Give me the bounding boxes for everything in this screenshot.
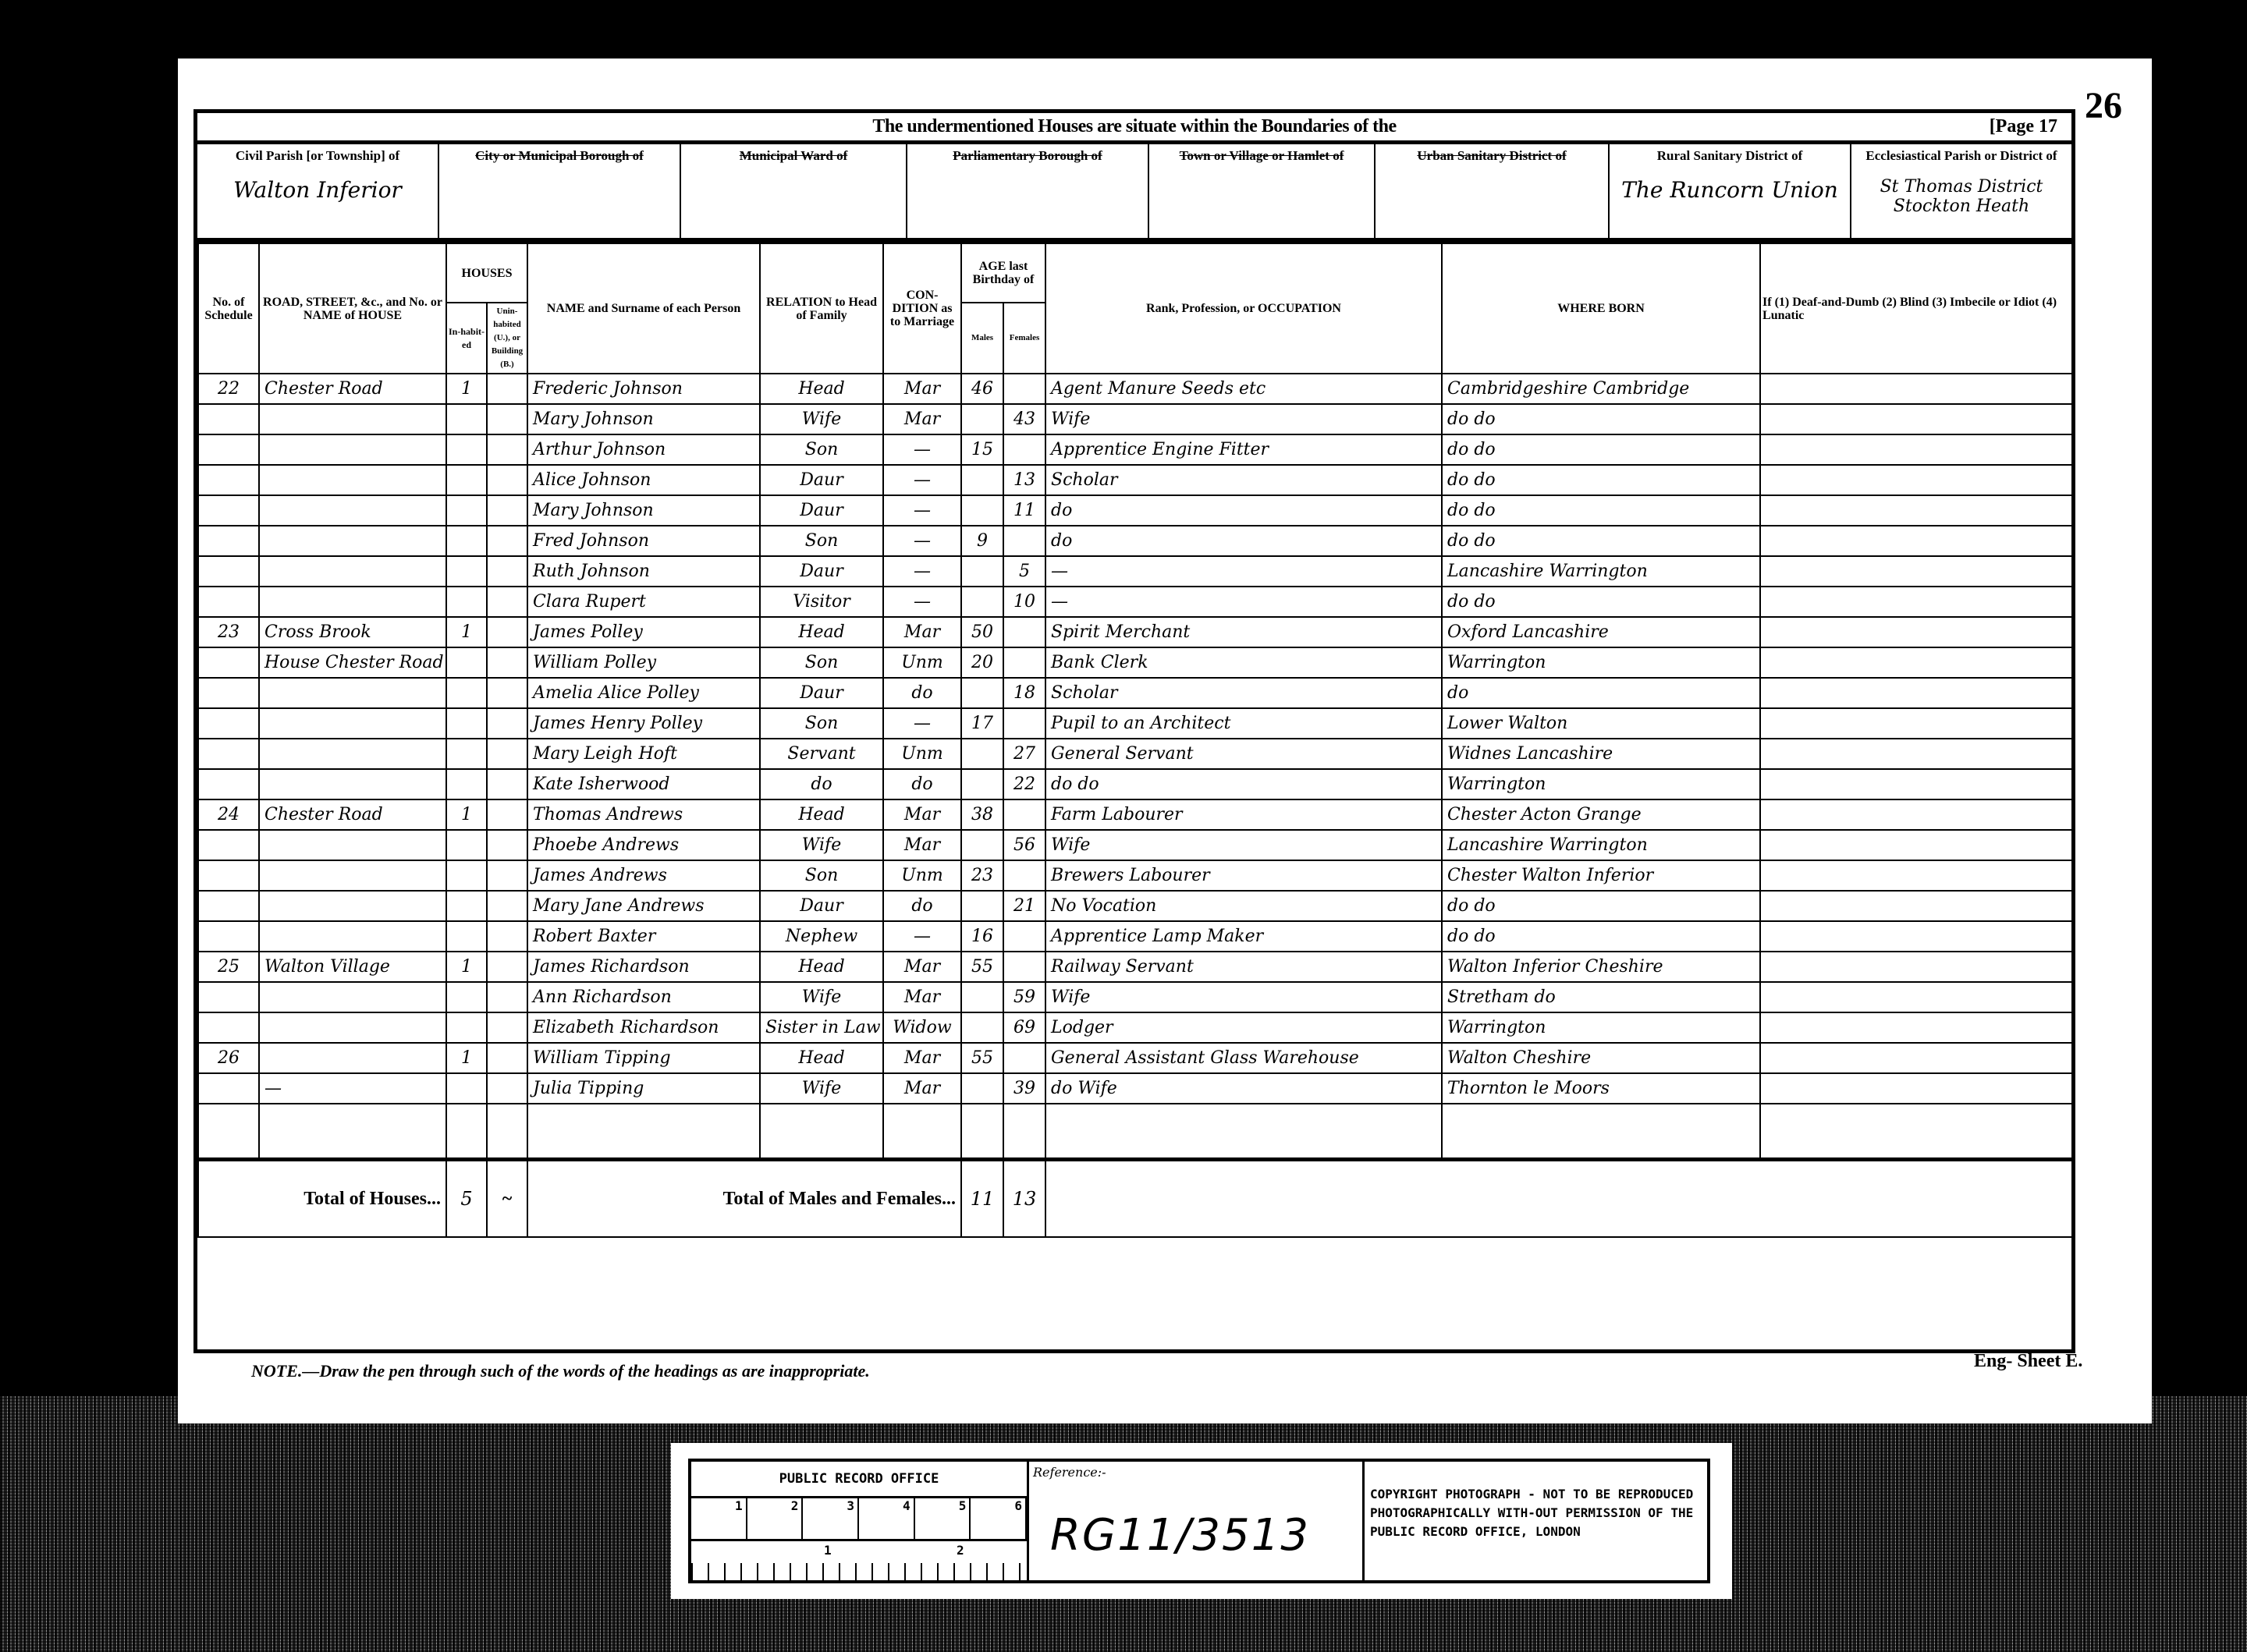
inhabited-cell: 1 (446, 374, 487, 404)
where-born-cell: do do (1442, 526, 1760, 556)
schedule-cell (198, 921, 259, 952)
where-born-cell: Chester Walton Inferior (1442, 860, 1760, 891)
inhabited-cell: 1 (446, 1043, 487, 1073)
infirmity-cell (1760, 1043, 2074, 1073)
table-row: Kate Isherwooddodo22do doWarrington (198, 769, 2074, 799)
inhabited-cell (446, 739, 487, 769)
relation-cell: Nephew (760, 921, 883, 952)
inhabited-cell (446, 434, 487, 465)
table-row: 23Cross Brook1James PolleyHeadMar50Spiri… (198, 617, 2074, 647)
condition-cell: — (883, 434, 961, 465)
relation-cell: Head (760, 1043, 883, 1073)
male-age-cell: 16 (961, 921, 1003, 952)
female-age-cell (1003, 526, 1045, 556)
infirmity-cell (1760, 556, 2074, 587)
name-cell: James Richardson (527, 952, 760, 982)
uninhabited-cell (487, 465, 527, 495)
uninhabited-cell (487, 374, 527, 404)
male-age-cell (961, 982, 1003, 1012)
boundary-value: St Thomas District Stockton Heath (1851, 177, 2071, 216)
relation-cell: Wife (760, 404, 883, 434)
relation-cell: Daur (760, 465, 883, 495)
condition-cell: do (883, 769, 961, 799)
road-cell (259, 860, 446, 891)
occupation-cell: Wife (1045, 982, 1442, 1012)
name-cell: Clara Rupert (527, 587, 760, 617)
blank-row (198, 1104, 2074, 1160)
condition-cell: — (883, 465, 961, 495)
ruler-bottom: 1 2 (691, 1541, 1027, 1582)
where-born-cell: do do (1442, 891, 1760, 921)
occupation-cell: — (1045, 556, 1442, 587)
infirmity-cell (1760, 891, 2074, 921)
female-age-cell: 10 (1003, 587, 1045, 617)
female-age-cell: 69 (1003, 1012, 1045, 1043)
condition-cell: Mar (883, 1073, 961, 1104)
infirmity-cell (1760, 708, 2074, 739)
relation-cell: Head (760, 952, 883, 982)
inhabited-cell (446, 678, 487, 708)
occupation-cell: Wife (1045, 830, 1442, 860)
where-born-cell: Walton Inferior Cheshire (1442, 952, 1760, 982)
table-row: House Chester RoadWilliam PolleySonUnm20… (198, 647, 2074, 678)
where-born-cell: do do (1442, 465, 1760, 495)
condition-cell: Mar (883, 830, 961, 860)
inhabited-cell (446, 526, 487, 556)
occupation-cell: do Wife (1045, 1073, 1442, 1104)
uninhabited-cell (487, 708, 527, 739)
male-age-cell: 9 (961, 526, 1003, 556)
col-houses: HOUSES (446, 243, 527, 303)
occupation-cell: Brewers Labourer (1045, 860, 1442, 891)
condition-cell: Unm (883, 860, 961, 891)
road-cell (259, 587, 446, 617)
uninhabited-cell (487, 587, 527, 617)
female-age-cell (1003, 617, 1045, 647)
table-row: Mary Jane AndrewsDaurdo21No Vocationdo d… (198, 891, 2074, 921)
schedule-cell (198, 860, 259, 891)
male-age-cell: 23 (961, 860, 1003, 891)
female-age-cell (1003, 374, 1045, 404)
name-cell: Fred Johnson (527, 526, 760, 556)
male-age-cell: 15 (961, 434, 1003, 465)
name-cell: Thomas Andrews (527, 799, 760, 830)
where-born-cell: Cambridgeshire Cambridge (1442, 374, 1760, 404)
road-cell: Chester Road (259, 799, 446, 830)
name-cell: Kate Isherwood (527, 769, 760, 799)
female-age-cell (1003, 799, 1045, 830)
condition-cell: — (883, 526, 961, 556)
occupation-cell: do do (1045, 769, 1442, 799)
total-females: 13 (1003, 1160, 1045, 1238)
name-cell: Robert Baxter (527, 921, 760, 952)
occupation-cell: do (1045, 526, 1442, 556)
male-age-cell: 38 (961, 799, 1003, 830)
road-cell (259, 526, 446, 556)
female-age-cell: 59 (1003, 982, 1045, 1012)
infirmity-cell (1760, 647, 2074, 678)
census-table: No. of Schedule ROAD, STREET, &c., and N… (197, 243, 2075, 1238)
inhabited-cell (446, 556, 487, 587)
header-row: No. of Schedule ROAD, STREET, &c., and N… (198, 243, 2074, 303)
uninhabited-cell (487, 617, 527, 647)
uninhabited-cell (487, 404, 527, 434)
female-age-cell: 56 (1003, 830, 1045, 860)
uninhabited-cell (487, 647, 527, 678)
col-females: Females (1003, 303, 1045, 374)
table-row: Fred JohnsonSon—9dodo do (198, 526, 2074, 556)
occupation-cell: Lodger (1045, 1012, 1442, 1043)
inhabited-cell (446, 708, 487, 739)
name-cell: Amelia Alice Polley (527, 678, 760, 708)
road-cell (259, 678, 446, 708)
condition-cell: — (883, 587, 961, 617)
occupation-cell: do (1045, 495, 1442, 526)
occupation-cell: Agent Manure Seeds etc (1045, 374, 1442, 404)
schedule-cell (198, 404, 259, 434)
road-cell (259, 434, 446, 465)
relation-cell: Sister in Law (760, 1012, 883, 1043)
male-age-cell (961, 495, 1003, 526)
relation-cell: do (760, 769, 883, 799)
relation-cell: Head (760, 374, 883, 404)
boundary-value: The Runcorn Union (1610, 177, 1850, 203)
table-row: Arthur JohnsonSon—15Apprentice Engine Fi… (198, 434, 2074, 465)
male-age-cell (961, 1073, 1003, 1104)
occupation-cell: Pupil to an Architect (1045, 708, 1442, 739)
occupation-cell: Wife (1045, 404, 1442, 434)
inhabited-cell (446, 769, 487, 799)
name-cell: Ruth Johnson (527, 556, 760, 587)
relation-cell: Head (760, 617, 883, 647)
reference-box: Reference:- RG11/3513 (1027, 1462, 1365, 1580)
schedule-cell: 24 (198, 799, 259, 830)
table-row: 25Walton Village1James RichardsonHeadMar… (198, 952, 2074, 982)
relation-cell: Wife (760, 982, 883, 1012)
infirmity-cell (1760, 860, 2074, 891)
total-males: 11 (961, 1160, 1003, 1238)
where-born-cell: do do (1442, 921, 1760, 952)
table-row: 261William TippingHeadMar55General Assis… (198, 1043, 2074, 1073)
relation-cell: Head (760, 799, 883, 830)
road-cell (259, 708, 446, 739)
road-cell (259, 404, 446, 434)
schedule-cell (198, 830, 259, 860)
boundary-parliamentary-borough: Parliamentary Borough of (907, 144, 1149, 238)
condition-cell: — (883, 708, 961, 739)
infirmity-cell (1760, 952, 2074, 982)
col-relation: RELATION to Head of Family (760, 243, 883, 374)
infirmity-cell (1760, 465, 2074, 495)
condition-cell: Mar (883, 374, 961, 404)
uninhabited-cell (487, 921, 527, 952)
schedule-cell (198, 891, 259, 921)
table-row: James Henry PolleySon—17Pupil to an Arch… (198, 708, 2074, 739)
where-born-cell: Warrington (1442, 647, 1760, 678)
inhabited-cell (446, 587, 487, 617)
inhabited-cell: 1 (446, 617, 487, 647)
relation-cell: Daur (760, 678, 883, 708)
schedule-cell (198, 526, 259, 556)
road-cell (259, 495, 446, 526)
occupation-cell: Railway Servant (1045, 952, 1442, 982)
condition-cell: — (883, 495, 961, 526)
occupation-cell: Apprentice Lamp Maker (1045, 921, 1442, 952)
schedule-cell: 22 (198, 374, 259, 404)
female-age-cell: 21 (1003, 891, 1045, 921)
male-age-cell (961, 739, 1003, 769)
road-cell (259, 982, 446, 1012)
reference-number: RG11/3513 (1050, 1510, 1310, 1561)
inhabited-cell: 1 (446, 952, 487, 982)
infirmity-cell (1760, 587, 2074, 617)
record-office-ruler: PUBLIC RECORD OFFICE 1 2 3 4 5 6 1 2 (691, 1462, 1029, 1580)
table-row: Alice JohnsonDaur—13Scholardo do (198, 465, 2074, 495)
col-where-born: WHERE BORN (1442, 243, 1760, 374)
col-age: AGE last Birthday of (961, 243, 1045, 303)
occupation-cell: — (1045, 587, 1442, 617)
uninhabited-cell (487, 891, 527, 921)
relation-cell: Son (760, 434, 883, 465)
schedule-cell (198, 982, 259, 1012)
where-born-cell: Lancashire Warrington (1442, 830, 1760, 860)
female-age-cell (1003, 708, 1045, 739)
boundary-municipal-borough: City or Municipal Borough of (439, 144, 681, 238)
name-cell: Mary Jane Andrews (527, 891, 760, 921)
where-born-cell: Thornton le Moors (1442, 1073, 1760, 1104)
occupation-cell: Scholar (1045, 678, 1442, 708)
uninhabited-cell (487, 952, 527, 982)
infirmity-cell (1760, 374, 2074, 404)
name-cell: James Andrews (527, 860, 760, 891)
total-houses-inhabited: 5 (446, 1160, 487, 1238)
infirmity-cell (1760, 921, 2074, 952)
record-office-label: PUBLIC RECORD OFFICE 1 2 3 4 5 6 1 2 Ref… (671, 1443, 1732, 1599)
name-cell: James Henry Polley (527, 708, 760, 739)
male-age-cell (961, 556, 1003, 587)
male-age-cell: 20 (961, 647, 1003, 678)
boundary-ecclesiastical-parish: Ecclesiastical Parish or District of St … (1851, 144, 2071, 238)
occupation-cell: General Assistant Glass Warehouse (1045, 1043, 1442, 1073)
name-cell: Frederic Johnson (527, 374, 760, 404)
where-born-cell: do do (1442, 587, 1760, 617)
name-cell: Ann Richardson (527, 982, 760, 1012)
road-cell (259, 891, 446, 921)
female-age-cell: 27 (1003, 739, 1045, 769)
boundary-rural-sanitary: Rural Sanitary District of The Runcorn U… (1610, 144, 1851, 238)
name-cell: Elizabeth Richardson (527, 1012, 760, 1043)
relation-cell: Daur (760, 556, 883, 587)
female-age-cell (1003, 647, 1045, 678)
name-cell: William Polley (527, 647, 760, 678)
female-age-cell (1003, 434, 1045, 465)
schedule-cell (198, 1073, 259, 1104)
table-row: 24Chester Road1Thomas AndrewsHeadMar38Fa… (198, 799, 2074, 830)
where-born-cell: Stretham do (1442, 982, 1760, 1012)
relation-cell: Son (760, 860, 883, 891)
table-row: Amelia Alice PolleyDaurdo18Scholardo (198, 678, 2074, 708)
ruler-top: 1 2 3 4 5 6 (691, 1498, 1027, 1541)
table-row: Mary JohnsonWifeMar43Wifedo do (198, 404, 2074, 434)
col-uninhabited: Unin-habited (U.), or Building (B.) (487, 303, 527, 374)
condition-cell: do (883, 678, 961, 708)
schedule-cell (198, 465, 259, 495)
uninhabited-cell (487, 526, 527, 556)
infirmity-cell (1760, 434, 2074, 465)
road-cell (259, 739, 446, 769)
inhabited-cell (446, 891, 487, 921)
reference-label: Reference:- (1033, 1465, 1106, 1480)
relation-cell: Visitor (760, 587, 883, 617)
condition-cell: Mar (883, 617, 961, 647)
boundary-civil-parish: Civil Parish [or Township] of Walton Inf… (197, 144, 439, 238)
relation-cell: Wife (760, 1073, 883, 1104)
inhabited-cell (446, 860, 487, 891)
male-age-cell: 55 (961, 1043, 1003, 1073)
where-born-cell: Oxford Lancashire (1442, 617, 1760, 647)
table-row: Elizabeth RichardsonSister in LawWidow69… (198, 1012, 2074, 1043)
road-cell (259, 465, 446, 495)
condition-cell: — (883, 921, 961, 952)
road-cell: — (259, 1073, 446, 1104)
table-row: —Julia TippingWifeMar39do WifeThornton l… (198, 1073, 2074, 1104)
male-age-cell (961, 891, 1003, 921)
occupation-cell: No Vocation (1045, 891, 1442, 921)
female-age-cell (1003, 1043, 1045, 1073)
schedule-cell (198, 769, 259, 799)
census-form: The undermentioned Houses are situate wi… (193, 109, 2075, 1353)
road-cell: Chester Road (259, 374, 446, 404)
uninhabited-cell (487, 799, 527, 830)
condition-cell: Unm (883, 647, 961, 678)
col-inhabited: In-habit-ed (446, 303, 487, 374)
female-age-cell: 11 (1003, 495, 1045, 526)
uninhabited-cell (487, 860, 527, 891)
condition-cell: Mar (883, 982, 961, 1012)
road-cell (259, 921, 446, 952)
road-cell: Walton Village (259, 952, 446, 982)
table-row: Robert BaxterNephew—16Apprentice Lamp Ma… (198, 921, 2074, 952)
uninhabited-cell (487, 769, 527, 799)
condition-cell: Mar (883, 952, 961, 982)
inhabited-cell (446, 982, 487, 1012)
table-row: Mary Leigh HoftServantUnm27General Serva… (198, 739, 2074, 769)
relation-cell: Son (760, 526, 883, 556)
boundary-urban-sanitary: Urban Sanitary District of (1376, 144, 1610, 238)
occupation-cell: Apprentice Engine Fitter (1045, 434, 1442, 465)
female-age-cell: 13 (1003, 465, 1045, 495)
where-born-cell: Walton Cheshire (1442, 1043, 1760, 1073)
condition-cell: Widow (883, 1012, 961, 1043)
male-age-cell (961, 465, 1003, 495)
uninhabited-cell (487, 1012, 527, 1043)
male-age-cell: 46 (961, 374, 1003, 404)
female-age-cell (1003, 860, 1045, 891)
inhabited-cell (446, 404, 487, 434)
road-cell (259, 1043, 446, 1073)
name-cell: Arthur Johnson (527, 434, 760, 465)
name-cell: Mary Leigh Hoft (527, 739, 760, 769)
col-males: Males (961, 303, 1003, 374)
schedule-cell (198, 495, 259, 526)
infirmity-cell (1760, 678, 2074, 708)
uninhabited-cell (487, 982, 527, 1012)
table-row: Ann RichardsonWifeMar59WifeStretham do (198, 982, 2074, 1012)
condition-cell: Unm (883, 739, 961, 769)
col-name: NAME and Surname of each Person (527, 243, 760, 374)
inhabited-cell (446, 921, 487, 952)
table-row: Clara RupertVisitor—10—do do (198, 587, 2074, 617)
where-born-cell: Widnes Lancashire (1442, 739, 1760, 769)
table-row: Phoebe AndrewsWifeMar56WifeLancashire Wa… (198, 830, 2074, 860)
table-row: James AndrewsSonUnm23Brewers LabourerChe… (198, 860, 2074, 891)
infirmity-cell (1760, 617, 2074, 647)
table-row: Mary JohnsonDaur—11dodo do (198, 495, 2074, 526)
where-born-cell: Warrington (1442, 769, 1760, 799)
male-age-cell (961, 587, 1003, 617)
name-cell: Mary Johnson (527, 404, 760, 434)
female-age-cell (1003, 921, 1045, 952)
female-age-cell: 5 (1003, 556, 1045, 587)
uninhabited-cell (487, 434, 527, 465)
uninhabited-cell (487, 1043, 527, 1073)
male-age-cell: 55 (961, 952, 1003, 982)
table-row: 22Chester Road1Frederic JohnsonHeadMar46… (198, 374, 2074, 404)
name-cell: William Tipping (527, 1043, 760, 1073)
total-persons-label: Total of Males and Females... (527, 1160, 961, 1238)
inhabited-cell (446, 1073, 487, 1104)
schedule-cell (198, 556, 259, 587)
where-born-cell: Warrington (1442, 1012, 1760, 1043)
form-header: The undermentioned Houses are situate wi… (197, 113, 2071, 144)
infirmity-cell (1760, 799, 2074, 830)
inhabited-cell (446, 465, 487, 495)
sheet-label: Eng- Sheet E. (1974, 1351, 2082, 1372)
road-cell: Cross Brook (259, 617, 446, 647)
where-born-cell: do do (1442, 434, 1760, 465)
road-cell (259, 830, 446, 860)
inhabited-cell (446, 647, 487, 678)
uninhabited-cell (487, 495, 527, 526)
where-born-cell: do do (1442, 404, 1760, 434)
col-road: ROAD, STREET, &c., and No. or NAME of HO… (259, 243, 446, 374)
schedule-cell (198, 647, 259, 678)
infirmity-cell (1760, 769, 2074, 799)
name-cell: Phoebe Andrews (527, 830, 760, 860)
name-cell: Alice Johnson (527, 465, 760, 495)
road-cell (259, 556, 446, 587)
uninhabited-cell (487, 1073, 527, 1104)
where-born-cell: Lower Walton (1442, 708, 1760, 739)
col-infirmity: If (1) Deaf-and-Dumb (2) Blind (3) Imbec… (1760, 243, 2074, 374)
infirmity-cell (1760, 526, 2074, 556)
male-age-cell (961, 1012, 1003, 1043)
schedule-cell (198, 739, 259, 769)
where-born-cell: Lancashire Warrington (1442, 556, 1760, 587)
uninhabited-cell (487, 556, 527, 587)
road-cell (259, 1012, 446, 1043)
occupation-cell: Farm Labourer (1045, 799, 1442, 830)
infirmity-cell (1760, 1073, 2074, 1104)
uninhabited-cell (487, 830, 527, 860)
female-age-cell: 18 (1003, 678, 1045, 708)
schedule-cell: 26 (198, 1043, 259, 1073)
schedule-cell (198, 1012, 259, 1043)
col-condition: CON-DITION as to Marriage (883, 243, 961, 374)
page-label: [Page 17 (1990, 116, 2057, 137)
occupation-cell: Bank Clerk (1045, 647, 1442, 678)
occupation-cell: Spirit Merchant (1045, 617, 1442, 647)
